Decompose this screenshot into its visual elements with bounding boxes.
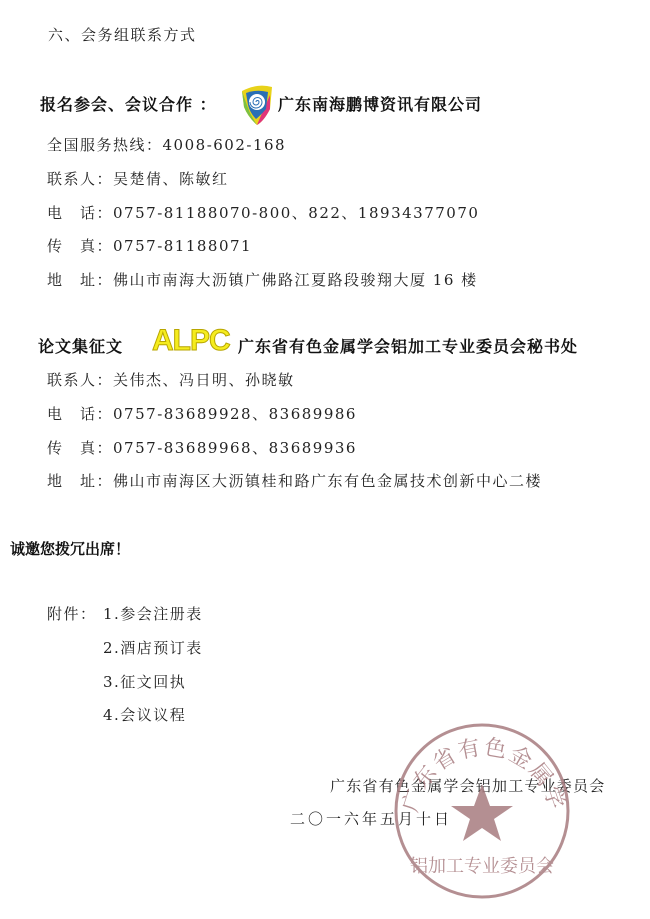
contact-line: 联系人：吴楚倩、陈敏红 — [47, 168, 229, 189]
papers-org: 广东省有色金属学会铝加工专业委员会秘书处 — [238, 334, 578, 357]
papers-contact-label: 联系人： — [47, 369, 113, 390]
papers-fax-line: 传 真：0757-83689968、83689936 — [47, 437, 357, 458]
alpc-logo: ALPC — [152, 326, 230, 356]
attachment-item: 2.酒店预订表 — [103, 637, 203, 658]
svg-text:广东省有色金属学会: 广东省有色金属学会 — [393, 722, 569, 815]
papers-address-value: 佛山市南海区大沥镇桂和路广东有色金属技术创新中心二楼 — [113, 470, 542, 491]
hotline-label: 全国服务热线： — [47, 134, 163, 155]
papers-contact-value: 关伟杰、冯日明、孙晓敏 — [113, 369, 295, 390]
contact-value: 吴楚倩、陈敏红 — [113, 168, 229, 189]
phone-line: 电 话：0757-81188070-800、822、18934377070 — [47, 202, 479, 223]
pengbo-logo-icon — [240, 83, 274, 125]
phone-value: 0757-81188070-800、822、18934377070 — [113, 202, 479, 223]
papers-heading: 论文集征文 — [38, 334, 123, 357]
signature-org: 广东省有色金属学会铝加工专业委员会 — [330, 775, 605, 796]
hotline-line: 全国服务热线：4008-602-168 — [47, 134, 286, 155]
seal-bottom-text: 铝加工专业委员会 — [410, 856, 554, 877]
address-value: 佛山市南海大沥镇广佛路江夏路段骏翔大厦 16 楼 — [113, 269, 478, 290]
section-title: 六、会务组联系方式 — [48, 24, 197, 45]
papers-phone-line: 电 话：0757-83689928、83689986 — [47, 403, 357, 424]
papers-phone-label: 电 话： — [47, 403, 113, 424]
attachment-item: 1.参会注册表 — [103, 603, 203, 624]
hotline-value: 4008-602-168 — [163, 136, 287, 154]
papers-contact-line: 联系人：关伟杰、冯日明、孙晓敏 — [47, 369, 295, 390]
phone-label: 电 话： — [47, 202, 113, 223]
fax-label: 传 真： — [47, 235, 113, 256]
registration-heading: 报名参会、会议合作 ： — [40, 92, 217, 115]
attachment-item: 4.会议议程 — [103, 704, 186, 725]
contact-label: 联系人： — [47, 168, 113, 189]
address-line: 地 址：佛山市南海大沥镇广佛路江夏路段骏翔大厦 16 楼 — [47, 269, 478, 290]
company-name: 广东南海鹏博资讯有限公司 — [278, 92, 482, 115]
signature-date: 二〇一六年五月十日 — [290, 808, 452, 829]
invitation-text: 诚邀您拨冗出席！ — [10, 538, 130, 559]
papers-address-line: 地 址：佛山市南海区大沥镇桂和路广东有色金属技术创新中心二楼 — [47, 470, 542, 491]
fax-line: 传 真：0757-81188071 — [47, 235, 252, 256]
papers-address-label: 地 址： — [47, 470, 113, 491]
attachment-item: 3.征文回执 — [103, 671, 186, 692]
papers-fax-value: 0757-83689968、83689936 — [113, 437, 357, 458]
address-label: 地 址： — [47, 269, 113, 290]
papers-fax-label: 传 真： — [47, 437, 113, 458]
papers-phone-value: 0757-83689928、83689986 — [113, 403, 357, 424]
attachments-label: 附件： — [47, 603, 97, 624]
fax-value: 0757-81188071 — [113, 237, 252, 255]
